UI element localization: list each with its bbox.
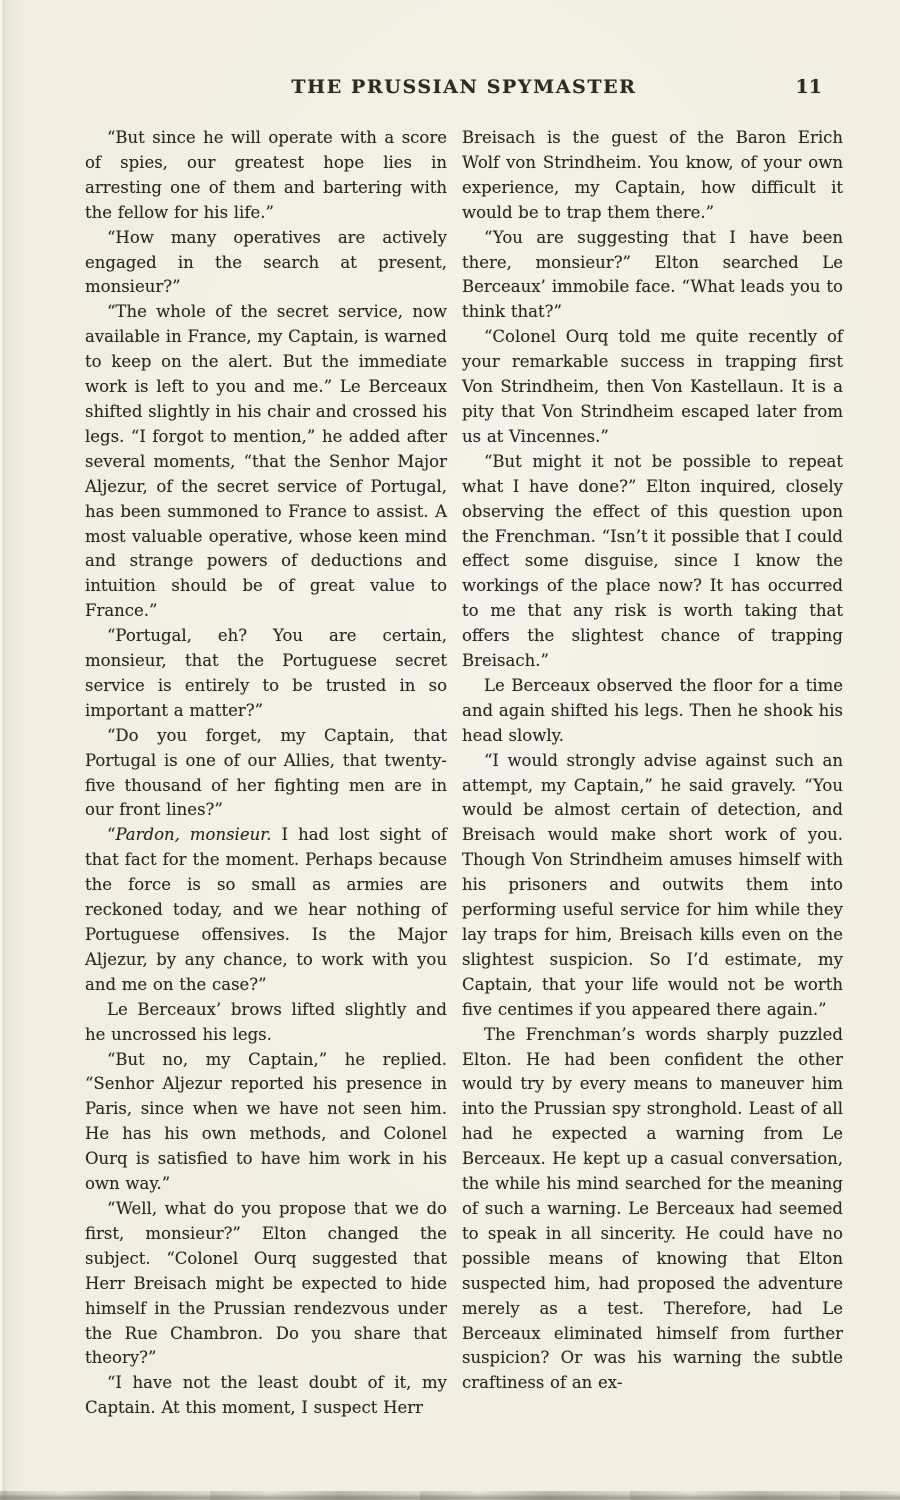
page-number: 11 (796, 76, 822, 98)
paragraph: “Colonel Ourq told me quite recently of … (462, 325, 843, 450)
paragraph: “I would strongly advise against such an… (462, 749, 843, 1023)
paragraph: “Well, what do you propose that we do fi… (85, 1197, 447, 1371)
page-header: THE PRUSSIAN SPYMASTER 11 (85, 76, 843, 102)
paragraph: “I have not the least doubt of it, my Ca… (85, 1371, 447, 1421)
paragraph: “Do you forget, my Captain, that Portuga… (85, 724, 447, 824)
scan-edge-left (0, 0, 8, 1500)
paragraph: “How many operatives are actively engage… (85, 226, 447, 301)
italic-phrase: Pardon, monsieur. (115, 825, 271, 844)
paragraph: The Frenchman’s words sharply puzzled El… (462, 1023, 843, 1397)
right-column: Breisach is the guest of the Baron Erich… (462, 126, 843, 1421)
paragraph: “Portugal, eh? You are certain, monsieur… (85, 624, 447, 724)
paragraph-with-italic-lead: “Pardon, monsieur. I had lost sight of t… (85, 823, 447, 997)
paragraph: Le Berceaux observed the floor for a tim… (462, 674, 843, 749)
running-title: THE PRUSSIAN SPYMASTER (85, 76, 843, 98)
paragraph: “But might it not be possible to repeat … (462, 450, 843, 674)
paragraph-rest: I had lost sight of that fact for the mo… (85, 825, 447, 993)
paragraph: “The whole of the secret service, now av… (85, 300, 447, 624)
paragraph: “You are suggesting that I have been the… (462, 226, 843, 326)
scan-edge-bottom (0, 1491, 900, 1500)
paragraph: “But no, my Captain,” he replied. “Senho… (85, 1048, 447, 1197)
paragraph: Le Berceaux’ brows lifted slightly and h… (85, 998, 447, 1048)
text-columns: “But since he will operate with a score … (85, 126, 843, 1421)
left-column: “But since he will operate with a score … (85, 126, 447, 1421)
paragraph: “But since he will operate with a score … (85, 126, 447, 226)
book-page: THE PRUSSIAN SPYMASTER 11 “But since he … (0, 0, 900, 1500)
paragraph-continuation: Breisach is the guest of the Baron Erich… (462, 126, 843, 226)
